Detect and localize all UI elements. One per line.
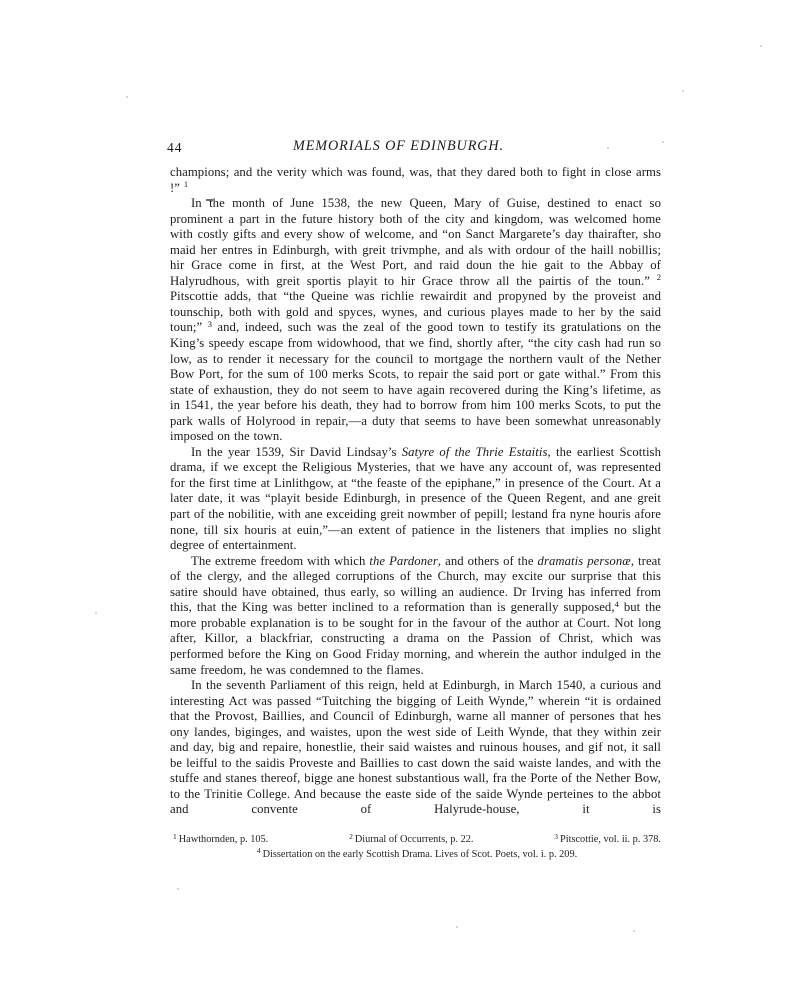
scan-speck <box>682 90 684 92</box>
page-number: 44 <box>167 140 183 156</box>
paragraph: The extreme freedom with which the Pardo… <box>170 554 661 678</box>
footnote-marker: 1 <box>173 832 177 841</box>
running-title: MEMORIALS OF EDINBURGH. <box>170 138 661 155</box>
footnote: 1Hawthornden, p. 105. <box>173 833 268 846</box>
scan-speck <box>456 926 458 928</box>
scan-speck <box>760 45 762 47</box>
footnote-marker: 1 <box>184 179 188 189</box>
italic-text: Satyre of the Thrie Estaitis <box>402 445 548 459</box>
footnote-marker: 3 <box>208 319 212 329</box>
italic-text: the Pardoner <box>369 554 438 568</box>
paragraph: In the month of June 1538, the new Queen… <box>170 196 661 445</box>
body-text: In the month of June 1538, the new Queen… <box>170 196 661 288</box>
scan-speck <box>662 141 664 143</box>
footnote-marker: 2 <box>657 272 661 282</box>
paragraph: In the seventh Parliament of this reign,… <box>170 678 661 818</box>
body-text: champions; and the verity which was foun… <box>170 165 661 195</box>
scan-speck <box>126 96 128 98</box>
body-text: The extreme freedom with which <box>191 554 369 568</box>
book-page: 44 MEMORIALS OF EDINBURGH. champions; an… <box>0 0 790 1000</box>
footnote: 3Pitscottie, vol. ii. p. 378. <box>554 833 661 846</box>
footnotes: 1Hawthornden, p. 105.2Diurnal of Occurre… <box>173 833 661 861</box>
footnote-marker: 2 <box>349 832 353 841</box>
text-block: champions; and the verity which was foun… <box>170 165 661 818</box>
body-text: and, indeed, such was the zeal of the go… <box>170 320 661 443</box>
body-text: In the year 1539, Sir David Lindsay’s <box>191 445 402 459</box>
footnote: 4Dissertation on the early Scottish Dram… <box>257 849 577 860</box>
body-text: , and others of the <box>438 554 538 568</box>
scan-speck <box>177 888 179 890</box>
page-header: 44 MEMORIALS OF EDINBURGH. <box>170 138 661 156</box>
scan-speck <box>95 612 97 614</box>
italic-text: dramatis personæ <box>538 554 631 568</box>
footnote-row-1: 1Hawthornden, p. 105.2Diurnal of Occurre… <box>173 833 661 846</box>
body-text: In the seventh Parliament of this reign,… <box>170 678 661 816</box>
body-text: , the earliest Scottish drama, if we exc… <box>170 445 661 552</box>
paragraph: In the year 1539, Sir David Lindsay’s Sa… <box>170 445 661 554</box>
footnote-row-2: 4Dissertation on the early Scottish Dram… <box>173 848 661 861</box>
footnote-marker: 4 <box>257 846 261 855</box>
paragraph: champions; and the verity which was foun… <box>170 165 661 196</box>
footnote: 2Diurnal of Occurrents, p. 22. <box>349 833 473 846</box>
footnote-marker: 3 <box>554 832 558 841</box>
footnote-marker: 4 <box>615 599 619 609</box>
scan-speck <box>633 930 635 932</box>
